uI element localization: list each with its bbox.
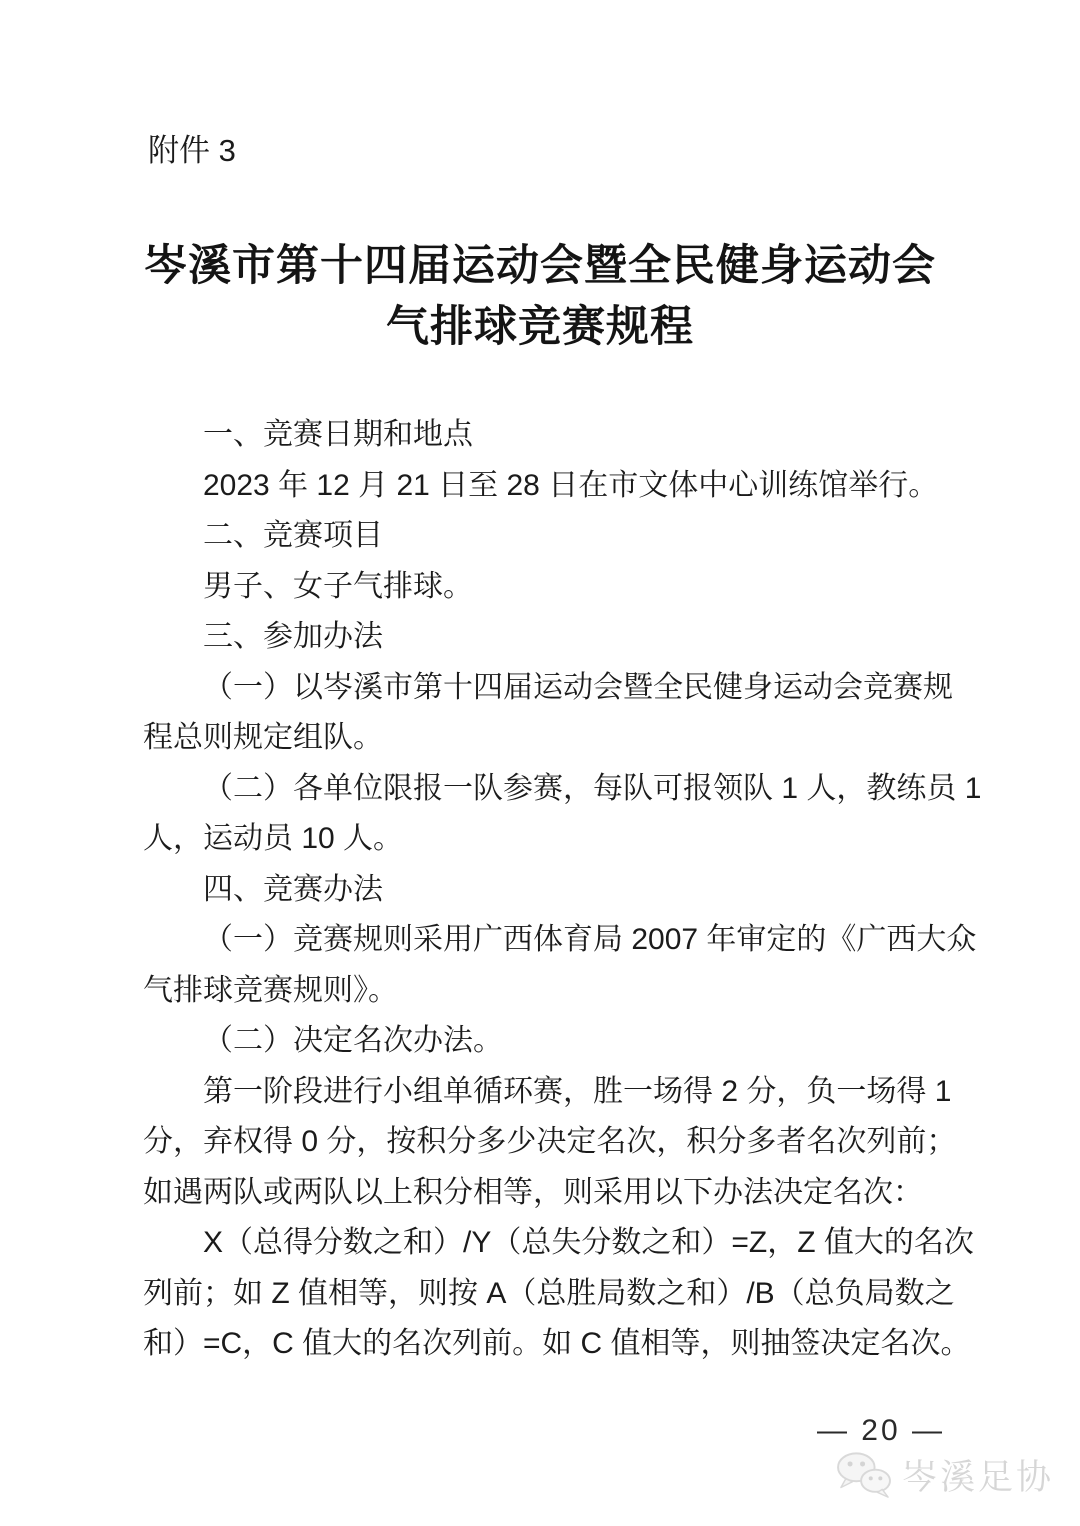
document-line: 三、参加办法: [143, 612, 953, 663]
document-line: 程总则规定组队。: [143, 713, 953, 764]
document-line: 如遇两队或两队以上积分相等，则采用以下办法决定名次：: [143, 1168, 953, 1219]
watermark-label: 岑溪足协: [902, 1450, 1054, 1500]
page-number: — 20 —: [817, 1414, 945, 1448]
document-line: 分，弃权得 0 分，按积分多少决定名次，积分多者名次列前；: [143, 1117, 953, 1168]
document-line: 一、竞赛日期和地点: [143, 410, 953, 461]
document-line: （一）竞赛规则采用广西体育局 2007 年审定的《广西大众: [143, 915, 953, 966]
document-line: 男子、女子气排球。: [143, 562, 953, 613]
document-line: （一）以岑溪市第十四届运动会暨全民健身运动会竞赛规: [143, 663, 953, 714]
attachment-label: 附件 3: [148, 128, 236, 174]
document-line: （二）各单位限报一队参赛，每队可报领队 1 人，教练员 1: [143, 764, 953, 815]
document-title: 岑溪市第十四届运动会暨全民健身运动会 气排球竞赛规程: [0, 236, 1080, 358]
document-line: X（总得分数之和）/Y（总失分数之和）=Z，Z 值大的名次: [143, 1218, 953, 1269]
document-line: 气排球竞赛规则》。: [143, 966, 953, 1017]
watermark: 岑溪足协: [835, 1450, 1054, 1500]
wechat-logo-icon: [835, 1450, 893, 1500]
document-line: 人，运动员 10 人。: [143, 814, 953, 865]
document-line: 二、竞赛项目: [143, 511, 953, 562]
document-line: （二）决定名次办法。: [143, 1016, 953, 1067]
document-line: 2023 年 12 月 21 日至 28 日在市文体中心训练馆举行。: [143, 461, 953, 512]
document-page: 附件 3 岑溪市第十四届运动会暨全民健身运动会 气排球竞赛规程 一、竞赛日期和地…: [0, 0, 1080, 1526]
title-line-1: 岑溪市第十四届运动会暨全民健身运动会: [0, 236, 1080, 297]
document-line: 四、竞赛办法: [143, 865, 953, 916]
document-line: 第一阶段进行小组单循环赛，胜一场得 2 分，负一场得 1: [143, 1067, 953, 1118]
document-line: 和）=C，C 值大的名次列前。如 C 值相等，则抽签决定名次。: [143, 1319, 953, 1370]
document-line: 列前；如 Z 值相等，则按 A（总胜局数之和）/B（总负局数之: [143, 1269, 953, 1320]
title-line-2: 气排球竞赛规程: [0, 297, 1080, 358]
document-body: 一、竞赛日期和地点 2023 年 12 月 21 日至 28 日在市文体中心训练…: [143, 410, 953, 1370]
